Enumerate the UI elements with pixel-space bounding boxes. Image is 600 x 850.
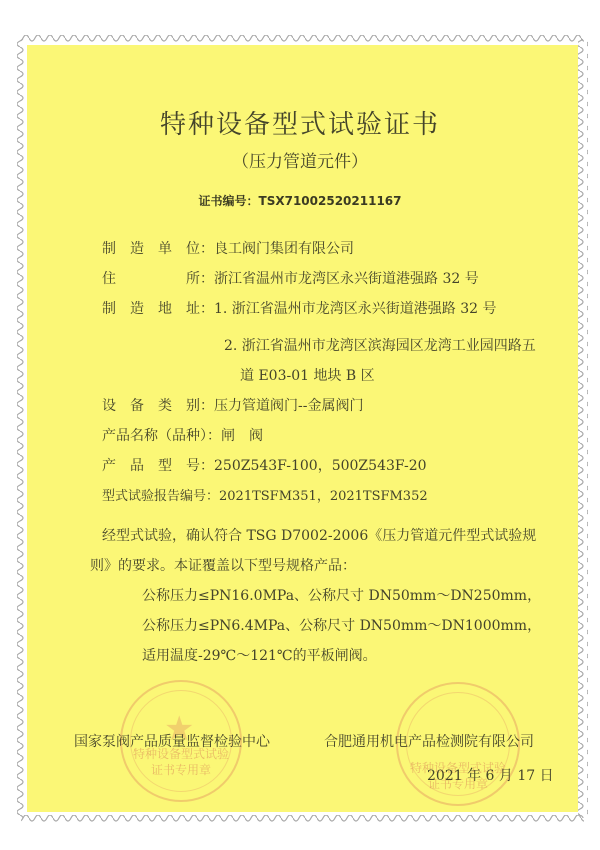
statement-line-1: 经型式试验，确认符合 TSG D7002-2006《压力管道元件型式试验规: [102, 525, 536, 545]
field-mfg-site: 制 造 地 址：1. 浙江省温州市龙湾区永兴街道港强路 32 号: [102, 298, 497, 318]
field-address: 住 所：浙江省温州市龙湾区永兴街道港强路 32 号: [102, 268, 479, 288]
field-mfg-site-line3: 道 E03-01 地块 B 区: [240, 365, 375, 385]
field-value: 2021TSFM351，2021TSFM352: [219, 489, 428, 504]
field-report-no: 型式试验报告编号：2021TSFM351，2021TSFM352: [102, 485, 428, 504]
spec-line-1: 公称压力≤PN16.0MPa、公称尺寸 DN50mm～DN250mm，: [142, 585, 541, 605]
field-value: 1. 浙江省温州市龙湾区永兴街道港强路 32 号: [214, 301, 497, 317]
issue-date: 2021 年 6 月 17 日: [427, 765, 554, 785]
field-product-name: 产品名称（品种）：闸 阀: [102, 425, 263, 445]
field-label: 设 备 类 别：: [102, 395, 214, 415]
field-equipment-category: 设 备 类 别：压力管道阀门--金属阀门: [102, 395, 363, 415]
field-manufacturer: 制 造 单 位：良工阀门集团有限公司: [102, 238, 354, 258]
issuer-right: 合肥通用机电产品检测院有限公司: [324, 731, 534, 751]
spec-line-2: 公称压力≤PN6.4MPa、公称尺寸 DN50mm～DN1000mm，: [142, 615, 541, 635]
seal-text: 证书专用章: [122, 762, 240, 778]
field-value: 浙江省温州市龙湾区永兴街道港强路 32 号: [214, 271, 479, 287]
field-value: 压力管道阀门--金属阀门: [214, 398, 363, 414]
certificate-subtitle: （压力管道元件）: [0, 147, 600, 172]
field-label: 产品名称（品种）：: [102, 425, 221, 445]
field-value: 250Z543F-100，500Z543F-20: [214, 458, 427, 474]
certificate-title: 特种设备型式试验证书: [0, 104, 600, 141]
certificate-number-value: TSX71002520211167: [259, 194, 402, 208]
certificate-number: 证书编号：TSX71002520211167: [0, 192, 600, 209]
issuer-left: 国家泵阀产品质量监督检验中心: [74, 731, 270, 751]
field-label: 制 造 地 址：: [102, 298, 214, 318]
field-label: 产 品 型 号：: [102, 455, 214, 475]
field-value: 闸 阀: [221, 428, 263, 444]
field-product-model: 产 品 型 号：250Z543F-100，500Z543F-20: [102, 455, 427, 475]
spec-line-3: 适用温度-29℃～121℃的平板闸阀。: [142, 645, 377, 665]
statement-line-2: 则》的要求。本证覆盖以下型号规格产品：: [90, 555, 356, 575]
field-value: 良工阀门集团有限公司: [214, 241, 354, 257]
field-mfg-site-line2: 2. 浙江省温州市龙湾区滨海园区龙湾工业园四路五: [224, 335, 536, 355]
field-label: 制 造 单 位：: [102, 238, 214, 258]
field-label: 型式试验报告编号：: [102, 485, 219, 504]
certificate-number-label: 证书编号：: [199, 194, 259, 208]
field-label: 住 所：: [102, 268, 214, 288]
